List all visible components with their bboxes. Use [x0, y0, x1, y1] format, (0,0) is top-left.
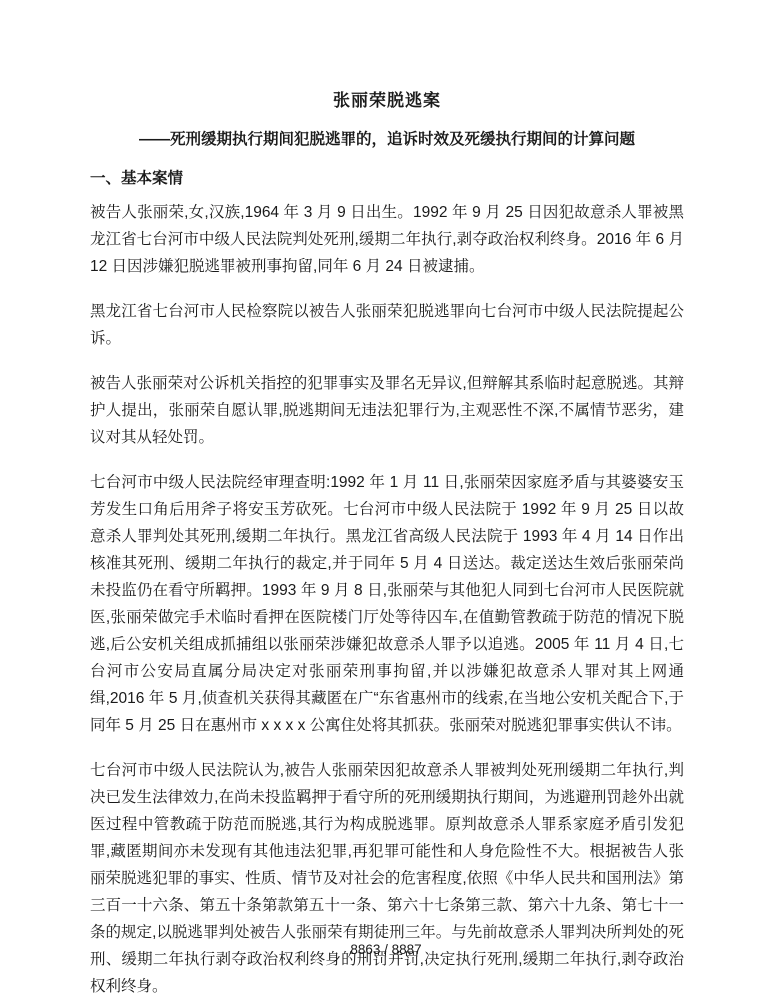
page-number-indicator: 8863 / 8887	[0, 941, 772, 959]
paragraph-court-judgment: 七台河市中级人民法院认为,被告人张丽荣因犯故意杀人罪被判处死刑缓期二年执行,判决…	[90, 757, 684, 999]
paragraph-prosecution: 黑龙江省七台河市人民检察院以被告人张丽荣犯脱逃罪向七台河市中级人民法院提起公诉。	[90, 298, 684, 352]
case-subtitle: ——死刑缓期执行期间犯脱逃罪的，追诉时效及死缓执行期间的计算问题	[90, 129, 684, 151]
case-title: 张丽荣脱逃案	[90, 90, 684, 112]
paragraph-defense-opinion: 被告人张丽荣对公诉机关指控的犯罪事实及罪名无异议,但辩解其系临时起意脱逃。其辩护…	[90, 370, 684, 451]
paragraph-defendant-info: 被告人张丽荣,女,汉族,1964 年 3 月 9 日出生。1992 年 9 月 …	[90, 199, 684, 280]
paragraph-court-findings: 七台河市中级人民法院经审理查明:1992 年 1 月 11 日,张丽荣因家庭矛盾…	[90, 469, 684, 739]
document-content: 张丽荣脱逃案 ——死刑缓期执行期间犯脱逃罪的，追诉时效及死缓执行期间的计算问题 …	[0, 0, 772, 999]
document-page: 张丽荣脱逃案 ——死刑缓期执行期间犯脱逃罪的，追诉时效及死缓执行期间的计算问题 …	[0, 0, 772, 999]
section-heading-basic-facts: 一、基本案情	[90, 168, 684, 190]
